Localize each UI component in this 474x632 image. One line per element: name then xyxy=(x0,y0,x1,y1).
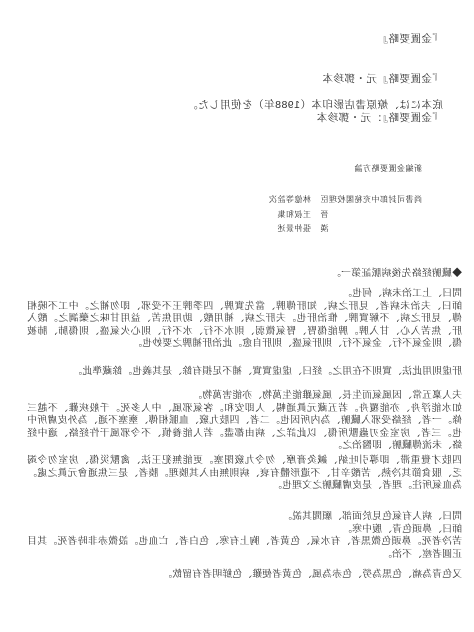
title-line-1: 『金匱要略』 xyxy=(187,33,443,46)
author-role: 晉 xyxy=(320,208,422,223)
mirrored-scan-area: 『金匱要略』 『金匱要略』元・鄧珍本 底本には、燎原書店影印本（1988年）を使… xyxy=(0,0,474,632)
author-role: 尚書司封郎中充秘閣校理臣 xyxy=(320,193,422,208)
body-paragraph: 如水能浮舟、亦能覆舟。若五藏元眞通暢、人即安和。客氣邪風、中人多死。千般疢難、不… xyxy=(27,403,462,453)
body-paragraph: 問曰、上工治未病、何也。 xyxy=(27,288,462,301)
body-paragraph: 問曰、病人有氣色見於面部、願聞其説。 xyxy=(27,511,462,524)
authors-table: 尚書司封郎中充秘閣校理臣 林億等詮次 晉 王叔和集 漢 張仲景述 xyxy=(269,193,423,237)
body-paragraph: 又色青為痛、色黒為勞、色赤為風、色黄者便難、色鮮明者有留飲。 xyxy=(27,569,462,582)
section-block: 問曰、病人有氣色見於面部、願聞其説。 師曰、鼻頭色青、腹中寒。 苦冷者死。鼻頭色… xyxy=(27,511,462,582)
edition-block: 新編金匱要略方論 尚書司封郎中充秘閣校理臣 林億等詮次 晉 王叔和集 漢 張仲景… xyxy=(269,164,423,237)
author-name: 林億等詮次 xyxy=(269,193,312,208)
author-name: 張仲景述 xyxy=(269,222,312,237)
edition-title: 新編金匱要略方論 xyxy=(269,164,423,174)
title-line-4: 『金匱要略』：元・鄧珍本 xyxy=(187,112,443,125)
title-block: 『金匱要略』 『金匱要略』元・鄧珍本 底本には、燎原書店影印本（1988年）を使… xyxy=(187,33,443,125)
body-paragraph: 苦冷者死。鼻頭色微黒者、有水氣、色黄者、胸上有寒、色白者、亡血也。設微赤非時者死… xyxy=(27,536,462,561)
author-role: 漢 xyxy=(320,222,422,237)
body-paragraph: 師曰、夫治未病者、見肝之病、知肝傳脾、當先實脾、四季脾王不受邪、即勿補之。中工不… xyxy=(27,301,462,351)
body-paragraph: 肝虚則用此法、實則不在用之。経曰、虚虚實實、補不足損有餘、是其義也。餘藏準此。 xyxy=(27,366,462,379)
section-block: 夫人稟五常、因風氣而生長、風氣雖能生萬物、亦能害萬物。 如水能浮舟、亦能覆舟。若… xyxy=(27,390,462,493)
body-paragraph: 四肢才覺重滞、即導引吐納、鍼灸膏摩、勿令九竅閉塞。更能無犯王法、禽獸災傷、房室勿… xyxy=(27,455,462,493)
document-page: 『金匱要略』 『金匱要略』元・鄧珍本 底本には、燎原書店影印本（1988年）を使… xyxy=(0,0,474,632)
author-name: 王叔和集 xyxy=(269,208,312,223)
body-paragraph: 夫人稟五常、因風氣而生長、風氣雖能生萬物、亦能害萬物。 xyxy=(27,390,462,403)
section-block: 問曰、上工治未病、何也。 師曰、夫治未病者、見肝之病、知肝傳脾、當先實脾、四季脾… xyxy=(27,288,462,379)
chapter-heading: ◆臓腑経絡先後病脈証第一。 xyxy=(331,265,462,279)
title-line-3: 底本には、燎原書店影印本（1988年）を使用した。 xyxy=(187,99,443,112)
title-line-2: 『金匱要略』元・鄧珍本 xyxy=(187,73,443,86)
body-paragraph: 師曰、鼻頭色青、腹中寒。 xyxy=(27,524,462,537)
